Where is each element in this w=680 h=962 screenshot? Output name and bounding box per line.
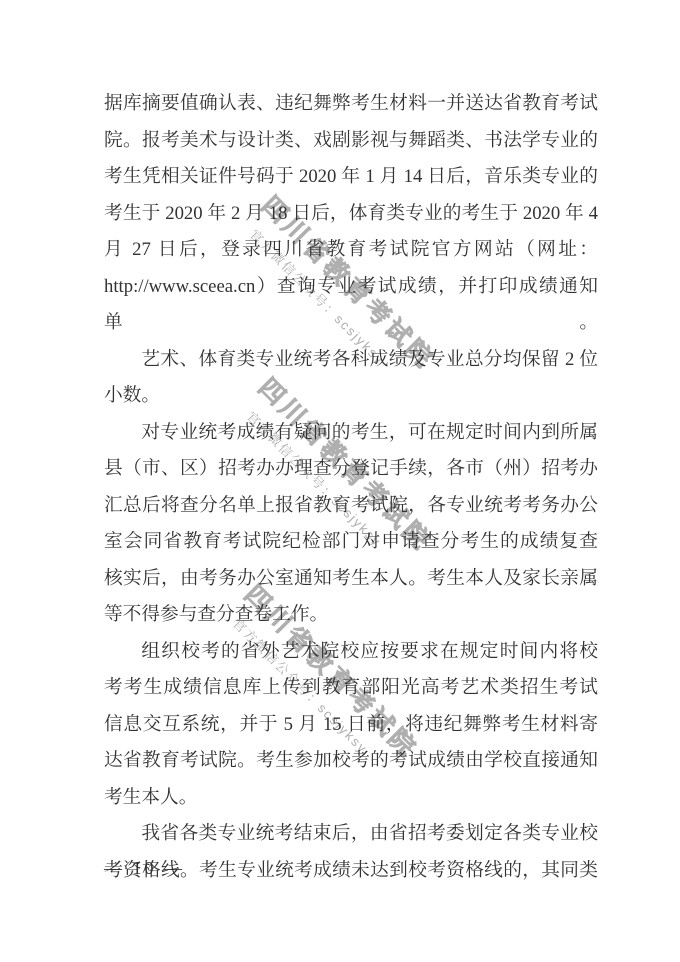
paragraph: 艺术、体育类专业统考各科成绩及专业总分均保留 2 位小数。 (104, 342, 598, 415)
paragraph: 组织校考的省外艺术院校应按要求在规定时间内将校考考生成绩信息库上传到教育部阳光高… (104, 634, 598, 817)
text-line: 月 27 日后，登录四川省教育考试院官方网站（网址： (104, 232, 598, 269)
text-line: 汇总后将查分名单上报省教育考试院，各专业统考考务办公 (104, 488, 598, 525)
text-line: 考生凭相关证件号码于 2020 年 1 月 14 日后，音乐类专业的 (104, 159, 598, 196)
text-line: 我省各类专业统考结束后，由省招考委划定各类专业校 (104, 816, 598, 853)
page-number: — 10 — (104, 858, 185, 879)
text-line: 达省教育考试院。考生参加校考的考试成绩由学校直接通知 (104, 743, 598, 780)
text-line: 组织校考的省外艺术院校应按要求在规定时间内将校 (104, 634, 598, 671)
paragraph: 对专业统考成绩有疑问的考生，可在规定时间内到所属县（市、区）招考办办理查分登记手… (104, 415, 598, 634)
text-line: 信息交互系统，并于 5 月 15 日前，将违纪舞弊考生材料寄 (104, 707, 598, 744)
text-line: 小数。 (104, 378, 598, 415)
text-line: 艺术、体育类专业统考各科成绩及专业总分均保留 2 位 (104, 342, 598, 379)
text-line: 考考生成绩信息库上传到教育部阳光高考艺术类招生考试 (104, 670, 598, 707)
text-line: 据库摘要值确认表、违纪舞弊考生材料一并送达省教育考试 (104, 86, 598, 123)
text-line: 考生于 2020 年 2 月 18 日后，体育类专业的考生于 2020 年 4 (104, 196, 598, 233)
text-line: 对专业统考成绩有疑问的考生，可在规定时间内到所属 (104, 415, 598, 452)
text-line: http://www.sceea.cn）查询专业考试成绩，并打印成绩通知单。 (104, 269, 598, 342)
document-page: 四川省教育考试院官方微信公众号：scsjyksy四川省教育考试院官方微信公众号：… (0, 0, 680, 962)
text-line: 核实后，由考务办公室通知考生本人。考生本人及家长亲属 (104, 561, 598, 598)
text-line: 院。报考美术与设计类、戏剧影视与舞蹈类、书法学专业的 (104, 123, 598, 160)
text-line: 等不得参与查分查卷工作。 (104, 597, 598, 634)
paragraph: 据库摘要值确认表、违纪舞弊考生材料一并送达省教育考试院。报考美术与设计类、戏剧影… (104, 86, 598, 342)
text-line: 室会同省教育考试院纪检部门对申请查分考生的成绩复查 (104, 524, 598, 561)
document-content: 据库摘要值确认表、违纪舞弊考生材料一并送达省教育考试院。报考美术与设计类、戏剧影… (104, 86, 598, 889)
text-line: 县（市、区）招考办办理查分登记手续，各市（州）招考办 (104, 451, 598, 488)
text-line: 考生本人。 (104, 780, 598, 817)
